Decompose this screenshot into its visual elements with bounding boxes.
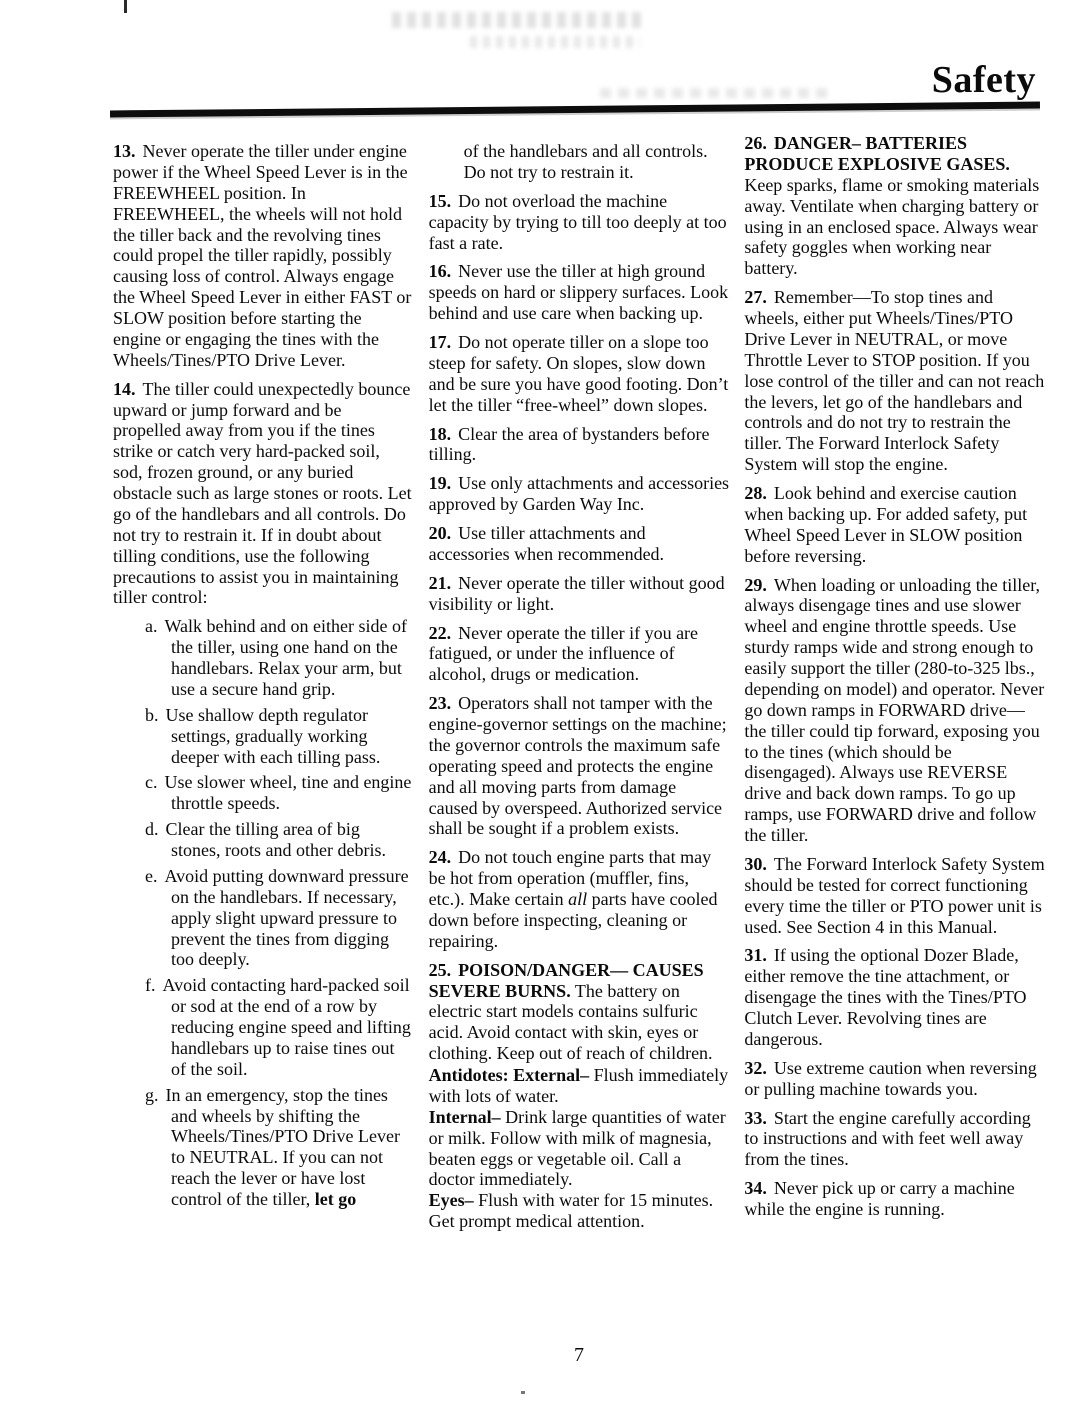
safety-subitem-e: e.Avoid putting downward pressure on the… bbox=[113, 866, 414, 970]
item-label: f. bbox=[145, 975, 156, 995]
text-run: Do not overload the machine capacity by … bbox=[429, 191, 727, 253]
text-run: Use extreme caution when reversing or pu… bbox=[744, 1058, 1036, 1099]
item-label: 25. bbox=[429, 960, 452, 980]
text-run: Do not operate tiller on a slope too ste… bbox=[429, 332, 729, 415]
scan-artifact-dot bbox=[521, 1391, 525, 1394]
text-run: Operators shall not tamper with the engi… bbox=[429, 693, 727, 838]
item-label: 15. bbox=[429, 191, 452, 211]
text-run: Never operate the tiller without good vi… bbox=[429, 573, 725, 614]
safety-item-28: 28.Look behind and exercise caution when… bbox=[744, 483, 1045, 567]
safety-subitem-g: g.In an emergency, stop the tines and wh… bbox=[113, 1085, 414, 1210]
scan-artifact-smudge bbox=[600, 88, 830, 98]
safety-item-31: 31.If using the optional Dozer Blade, ei… bbox=[744, 945, 1045, 1049]
scan-artifact-tick bbox=[124, 0, 127, 13]
item-label: 19. bbox=[429, 473, 452, 493]
safety-item-20: 20.Use tiller attachments and accessorie… bbox=[429, 523, 730, 565]
safety-subitem-d: d.Clear the tilling area of big stones, … bbox=[113, 819, 414, 861]
item-label: 23. bbox=[429, 693, 452, 713]
text-run: of the handlebars and all controls. Do n… bbox=[464, 141, 708, 182]
text-run: Use only attachments and accessories app… bbox=[429, 473, 729, 514]
safety-item-29: 29.When loading or unloading the tiller,… bbox=[744, 575, 1045, 846]
safety-item-17: 17.Do not operate tiller on a slope too … bbox=[429, 332, 730, 416]
content-columns: 13.Never operate the tiller under engine… bbox=[113, 141, 1045, 1232]
text-run: let go bbox=[315, 1189, 356, 1209]
text-run: Look behind and exercise caution when ba… bbox=[744, 483, 1027, 566]
text-run: Start the engine carefully according to … bbox=[744, 1108, 1030, 1170]
text-run: DANGER– BATTERIES PRODUCE EXPLOSIVE GASE… bbox=[744, 133, 1010, 174]
scan-artifact-smudge bbox=[470, 36, 640, 48]
safety-subitem-a: a.Walk behind and on either side of the … bbox=[113, 616, 414, 700]
item-label: 24. bbox=[429, 847, 452, 867]
item-label: 26. bbox=[744, 133, 767, 153]
safety-item-25: 25.POISON/DANGER— CAUSES SEVERE BURNS. T… bbox=[429, 960, 730, 1064]
antidotes-internal: Internal– Drink large quantities of wate… bbox=[429, 1107, 730, 1191]
text-run: Never pick up or carry a machine while t… bbox=[744, 1178, 1014, 1219]
item-label: 22. bbox=[429, 623, 452, 643]
safety-subitem-c: c.Use slower wheel, tine and engine thro… bbox=[113, 772, 414, 814]
text-run: Clear the area of bystanders before till… bbox=[429, 424, 710, 465]
safety-item-13: 13.Never operate the tiller under engine… bbox=[113, 141, 414, 371]
item-label: b. bbox=[145, 705, 159, 725]
text-run: Avoid putting downward pressure on the h… bbox=[165, 866, 409, 970]
item-label: 17. bbox=[429, 332, 452, 352]
item-label: c. bbox=[145, 772, 158, 792]
antidotes-eyes: Eyes– Flush with water for 15 minutes. G… bbox=[429, 1190, 730, 1232]
item-label: 21. bbox=[429, 573, 452, 593]
safety-item-15: 15.Do not overload the machine capacity … bbox=[429, 191, 730, 254]
text-run: The tiller could unexpectedly bounce upw… bbox=[113, 379, 412, 608]
safety-item-26: 26.DANGER– BATTERIES PRODUCE EXPLOSIVE G… bbox=[744, 133, 1045, 279]
text-run: Never operate the tiller under engine po… bbox=[113, 141, 411, 370]
text-run: Use tiller attachments and accessories w… bbox=[429, 523, 664, 564]
text-column-3: 26.DANGER– BATTERIES PRODUCE EXPLOSIVE G… bbox=[744, 133, 1045, 1232]
safety-subitem-g-continued: of the handlebars and all controls. Do n… bbox=[429, 141, 730, 183]
item-label: 31. bbox=[744, 945, 767, 965]
safety-item-27: 27.Remember—To stop tines and wheels, ei… bbox=[744, 287, 1045, 475]
text-run: Antidotes: External– bbox=[429, 1065, 590, 1085]
text-column-1: 13.Never operate the tiller under engine… bbox=[113, 141, 414, 1232]
safety-item-30: 30.The Forward Interlock Safety System s… bbox=[744, 854, 1045, 938]
text-run: Use slower wheel, tine and engine thrott… bbox=[165, 772, 412, 813]
text-run: When loading or unloading the tiller, al… bbox=[744, 575, 1044, 846]
text-run: Eyes– bbox=[429, 1190, 474, 1210]
item-label: a. bbox=[145, 616, 158, 636]
text-run: Remember—To stop tines and wheels, eithe… bbox=[744, 287, 1044, 474]
text-run: Never use the tiller at high ground spee… bbox=[429, 261, 728, 323]
text-column-2: of the handlebars and all controls. Do n… bbox=[429, 141, 730, 1232]
item-label: 13. bbox=[113, 141, 136, 161]
text-run: Keep sparks, flame or smoking materials … bbox=[744, 175, 1039, 279]
safety-item-33: 33.Start the engine carefully according … bbox=[744, 1108, 1045, 1171]
text-run: Internal– bbox=[429, 1107, 501, 1127]
header-rule bbox=[110, 102, 1040, 118]
safety-item-32: 32.Use extreme caution when reversing or… bbox=[744, 1058, 1045, 1100]
item-label: g. bbox=[145, 1085, 159, 1105]
safety-item-18: 18.Clear the area of bystanders before t… bbox=[429, 424, 730, 466]
safety-subitem-f: f.Avoid contacting hard-packed soil or s… bbox=[113, 975, 414, 1079]
manual-safety-page: Safety 13.Never operate the tiller under… bbox=[0, 0, 1080, 1409]
safety-item-14: 14.The tiller could unexpectedly bounce … bbox=[113, 379, 414, 609]
safety-item-21: 21.Never operate the tiller without good… bbox=[429, 573, 730, 615]
item-label: 20. bbox=[429, 523, 452, 543]
item-label: e. bbox=[145, 866, 158, 886]
safety-item-23: 23.Operators shall not tamper with the e… bbox=[429, 693, 730, 839]
text-run: The Forward Interlock Safety System shou… bbox=[744, 854, 1044, 937]
text-run: Use shallow depth regulator settings, gr… bbox=[166, 705, 381, 767]
text-run: Avoid contacting hard-packed soil or sod… bbox=[163, 975, 411, 1079]
safety-subitem-b: b.Use shallow depth regulator settings, … bbox=[113, 705, 414, 768]
safety-item-16: 16.Never use the tiller at high ground s… bbox=[429, 261, 730, 324]
item-label: 18. bbox=[429, 424, 452, 444]
text-run: Clear the tilling area of big stones, ro… bbox=[166, 819, 386, 860]
page-number: 7 bbox=[113, 1344, 1045, 1367]
text-run: In an emergency, stop the tines and whee… bbox=[166, 1085, 400, 1209]
item-label: 34. bbox=[744, 1178, 767, 1198]
page-title: Safety bbox=[932, 58, 1036, 102]
scan-artifact-smudge bbox=[392, 12, 642, 28]
safety-item-34: 34.Never pick up or carry a machine whil… bbox=[744, 1178, 1045, 1220]
item-label: 14. bbox=[113, 379, 136, 399]
item-label: 32. bbox=[744, 1058, 767, 1078]
item-label: 16. bbox=[429, 261, 452, 281]
item-label: 27. bbox=[744, 287, 767, 307]
item-label: 33. bbox=[744, 1108, 767, 1128]
item-label: 28. bbox=[744, 483, 767, 503]
text-run: Never operate the tiller if you are fati… bbox=[429, 623, 698, 685]
item-label: d. bbox=[145, 819, 159, 839]
antidotes-external: Antidotes: External– Flush immediately w… bbox=[429, 1065, 730, 1107]
text-run: Walk behind and on either side of the ti… bbox=[165, 616, 407, 699]
safety-item-24: 24.Do not touch engine parts that may be… bbox=[429, 847, 730, 951]
text-run: all bbox=[568, 889, 587, 909]
item-label: 29. bbox=[744, 575, 767, 595]
safety-item-19: 19.Use only attachments and accessories … bbox=[429, 473, 730, 515]
item-label: 30. bbox=[744, 854, 767, 874]
safety-item-22: 22.Never operate the tiller if you are f… bbox=[429, 623, 730, 686]
text-run: If using the optional Dozer Blade, eithe… bbox=[744, 945, 1026, 1049]
